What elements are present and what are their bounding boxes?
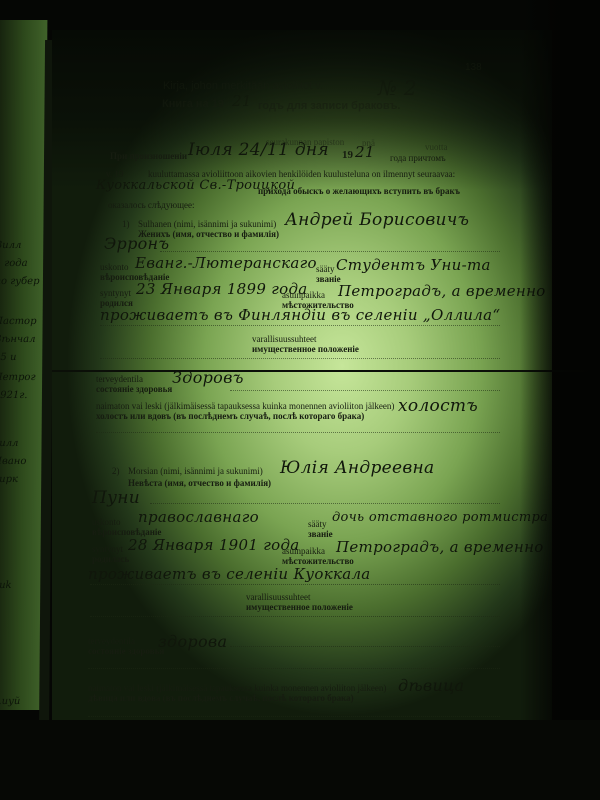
bride-wealth-label-fi: varallisuussuhteet	[246, 592, 311, 602]
dotted-line	[230, 646, 500, 647]
bride-health-value: здорова	[158, 632, 227, 651]
bride-residence-value: Петроградъ, а временно	[336, 538, 544, 556]
bride-number: 2)	[112, 466, 120, 476]
dotted-line	[90, 616, 500, 617]
groom-status-value: Студентъ Уни-та	[336, 256, 491, 274]
bride-marital-value: дѣвица	[398, 676, 464, 695]
groom-health-value: Здоровъ	[172, 368, 244, 387]
dotted-line	[88, 668, 500, 669]
intro-ru-line2: оказалось слѣдующее:	[108, 200, 195, 210]
bride-label-fi: Morsian (nimi, isännimi ja sukunimi)	[128, 466, 263, 476]
intro-ru-prefix: При произношеніи	[110, 151, 187, 161]
bride-marital-label-fi: naimaton vai leski (jälkimäisessä tapauk…	[88, 683, 386, 693]
groom-religion-label-fi: uskonto	[100, 262, 129, 272]
bride-wealth-label-ru: имущественное положеніе	[246, 602, 353, 612]
groom-residence-value: Петроградъ, а временно	[338, 282, 546, 300]
dotted-line	[100, 358, 500, 359]
groom-status-label-ru: званіе	[316, 274, 341, 284]
header-title-ru-suffix: годъ для записи браковъ.	[258, 100, 400, 112]
fold-line	[52, 370, 600, 372]
bride-status-label-fi: sääty	[308, 519, 327, 529]
intro-date-handwritten: Іюля 24/11 дня	[188, 140, 329, 160]
photo-scene: Вилл 1 года по губер Пастор Вѣнчал 25 и …	[0, 0, 600, 800]
register-number-handwritten: № 2	[378, 76, 417, 100]
intro-ru-line: прихода обыскъ о желающихъ вступить въ б…	[258, 186, 460, 196]
bride-marital-label-ru: дѣвица или вдова (въ послѣднемъ случаѣ, …	[88, 693, 354, 703]
dotted-line	[160, 251, 500, 252]
left-note: …иуй	[0, 696, 20, 707]
groom-status-label-fi: sääty	[316, 264, 335, 274]
intro-year-prefix: 19	[342, 150, 353, 160]
bride-born-value: 28 Января 1901 года	[128, 536, 300, 554]
groom-name-handwritten: Андрей Борисовичъ	[285, 210, 469, 230]
left-note: Ивано	[0, 456, 26, 467]
bride-status-label-ru: званіе	[308, 529, 333, 539]
left-note: 25 и	[0, 352, 16, 363]
left-note: кирк	[0, 474, 18, 485]
bride-health-label-fi: terveydentila	[88, 636, 135, 646]
groom-number: 1)	[122, 219, 130, 229]
groom-health-label-fi: terveydentila	[96, 374, 143, 384]
header-year-handwritten: 21	[232, 92, 252, 110]
groom-born-label-fi: syntynyt	[100, 288, 131, 298]
groom-religion-value: Еванг.-Лютеранскаго	[135, 254, 317, 272]
bride-health-label-ru: состояніе здоровья	[88, 646, 164, 656]
groom-wealth-label-fi: varallisuussuhteet	[252, 334, 317, 344]
header-title-ru-prefix: Книга на 19	[162, 98, 224, 110]
header-title-fi: Kirja, johon merkitään avioliitot v.	[163, 80, 323, 92]
groom-marital-label-ru: холостъ или вдовъ (въ послѣднемъ случаѣ,…	[96, 411, 364, 421]
groom-marital-label-fi: naimaton vai leski (jälkimäisessä tapauk…	[96, 401, 394, 411]
bride-born-label-ru: родилась	[92, 554, 129, 564]
bottom-shadow	[0, 720, 600, 800]
left-note: Пастор	[0, 316, 37, 327]
left-note: Вилл	[0, 240, 21, 251]
left-note: Вѣнчал	[0, 334, 36, 345]
dotted-line	[150, 503, 500, 504]
bride-residence-value2: проживаетъ въ селеніи Куоккала	[88, 565, 371, 583]
left-note: Luk	[0, 580, 12, 591]
intro-ru-suffix: года причтомъ	[390, 153, 446, 163]
dotted-line	[96, 432, 500, 433]
bride-residence-label-fi: asuinpaikka	[282, 546, 325, 556]
groom-residence-value2: проживаетъ въ Финляндіи въ селеніи „Олли…	[100, 306, 500, 324]
right-shadow	[520, 0, 600, 800]
dotted-line	[88, 716, 500, 717]
bride-born-label-fi: syntynyt	[92, 544, 123, 554]
left-note: вилл	[0, 438, 18, 449]
groom-residence-label-fi: asuinpaikka	[282, 290, 325, 300]
bride-surname-handwritten: Пуни	[92, 488, 140, 508]
groom-label-fi: Sulhanen (nimi, isännimi ja sukunimi)	[138, 219, 276, 229]
bride-religion-label-fi: uskonto	[92, 517, 121, 527]
bride-name-handwritten: Юлія Андреевна	[280, 458, 435, 478]
page-number: 138	[465, 62, 482, 74]
bride-status-value: дочь отставного ротмистра	[332, 510, 548, 525]
dotted-line	[230, 390, 500, 391]
left-note: по губер	[0, 276, 40, 287]
left-note: Петрог	[0, 372, 36, 383]
groom-marital-value: холостъ	[398, 396, 478, 416]
left-note: 1921г.	[0, 390, 28, 401]
dotted-line	[90, 584, 500, 585]
groom-wealth-label-ru: имущественное положеніе	[252, 344, 359, 354]
bride-label-ru: Невѣста (имя, отчество и фамилія)	[128, 478, 271, 488]
intro-label-vuotta: vuotta	[425, 142, 448, 152]
left-note: 1 года	[0, 258, 28, 269]
dotted-line	[100, 325, 500, 326]
groom-health-label-ru: состояніе здоровья	[96, 384, 172, 394]
bride-religion-value: православнаго	[138, 508, 259, 526]
intro-year-handwritten: 21	[355, 143, 375, 161]
